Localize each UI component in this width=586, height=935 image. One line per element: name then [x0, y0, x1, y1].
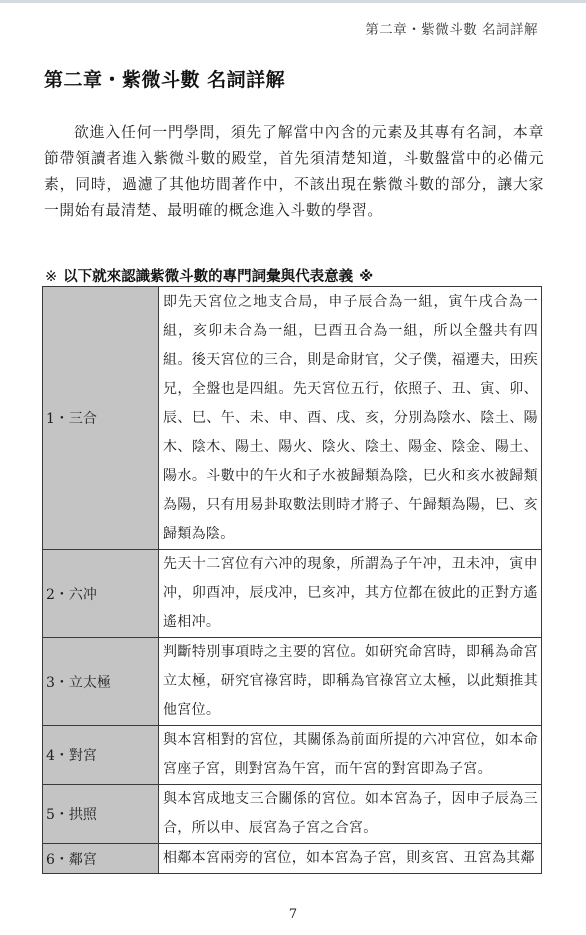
- definition-cell: 先天十二宮位有六冲的現象，所謂為子午冲，丑未冲，寅申冲，卯酉冲，辰戌冲，巳亥冲，…: [159, 550, 542, 638]
- table-row: 1・三合 即先天宮位之地支合局，申子辰合為一組，寅午戌合為一組，亥卯未合為一組，…: [43, 287, 542, 550]
- term-cell: 6・鄰宮: [43, 844, 159, 874]
- table-row: 3・立太極 判斷特別事項時之主要的宮位。如研究命宮時，即稱為命宮立太極，研究官祿…: [43, 638, 542, 726]
- table-row: 4・對宮 與本宮相對的宮位，其關係為前面所提的六冲宮位，如本命宮座子宮，則對宮為…: [43, 726, 542, 785]
- table-row: 6・鄰宮 相鄰本宮兩旁的宮位，如本宮為子宮，則亥宮、丑宮為其鄰: [43, 844, 542, 874]
- page-number: 7: [0, 907, 586, 922]
- term-cell: 2・六冲: [43, 550, 159, 638]
- table-row: 2・六冲 先天十二宮位有六冲的現象，所謂為子午冲，丑未冲，寅申冲，卯酉冲，辰戌冲…: [43, 550, 542, 638]
- section-heading: ※以下就來認識紫微斗數的專門詞彙與代表意義※: [45, 265, 373, 286]
- term-cell: 5・拱照: [43, 785, 159, 844]
- definition-cell: 即先天宮位之地支合局，申子辰合為一組，寅午戌合為一組，亥卯未合為一組，巳酉丑合為…: [159, 287, 542, 550]
- table-row: 5・拱照 與本宮成地支三合關係的宮位。如本宮為子，因申子辰為三合，所以申、辰宮為…: [43, 785, 542, 844]
- definition-cell: 與本宮相對的宮位，其關係為前面所提的六冲宮位，如本命宮座子宮，則對宮為午宮，而午…: [159, 726, 542, 785]
- chapter-title: 第二章・紫微斗數 名詞詳解: [44, 65, 285, 92]
- definition-cell: 相鄰本宮兩旁的宮位，如本宮為子宮，則亥宮、丑宮為其鄰: [159, 844, 542, 874]
- definition-cell: 與本宮成地支三合關係的宮位。如本宮為子，因申子辰為三合，所以申、辰宮為子宮之合宮…: [159, 785, 542, 844]
- intro-paragraph: 欲進入任何一門學問，須先了解當中內含的元素及其專有名詞，本章節帶領讀者進入紫微斗…: [44, 120, 544, 224]
- reference-mark-icon: ※: [359, 269, 373, 285]
- top-strip: [0, 0, 586, 3]
- terms-table: 1・三合 即先天宮位之地支合局，申子辰合為一組，寅午戌合為一組，亥卯未合為一組，…: [42, 286, 542, 874]
- running-header: 第二章・紫微斗數 名詞詳解: [365, 18, 538, 38]
- definition-cell: 判斷特別事項時之主要的宮位。如研究命宮時，即稱為命宮立太極，研究官祿宮時，即稱為…: [159, 638, 542, 726]
- term-cell: 3・立太極: [43, 638, 159, 726]
- section-heading-text: 以下就來認識紫微斗數的專門詞彙與代表意義: [63, 269, 353, 285]
- reference-mark-icon: ※: [45, 269, 57, 285]
- term-cell: 1・三合: [43, 287, 159, 550]
- term-cell: 4・對宮: [43, 726, 159, 785]
